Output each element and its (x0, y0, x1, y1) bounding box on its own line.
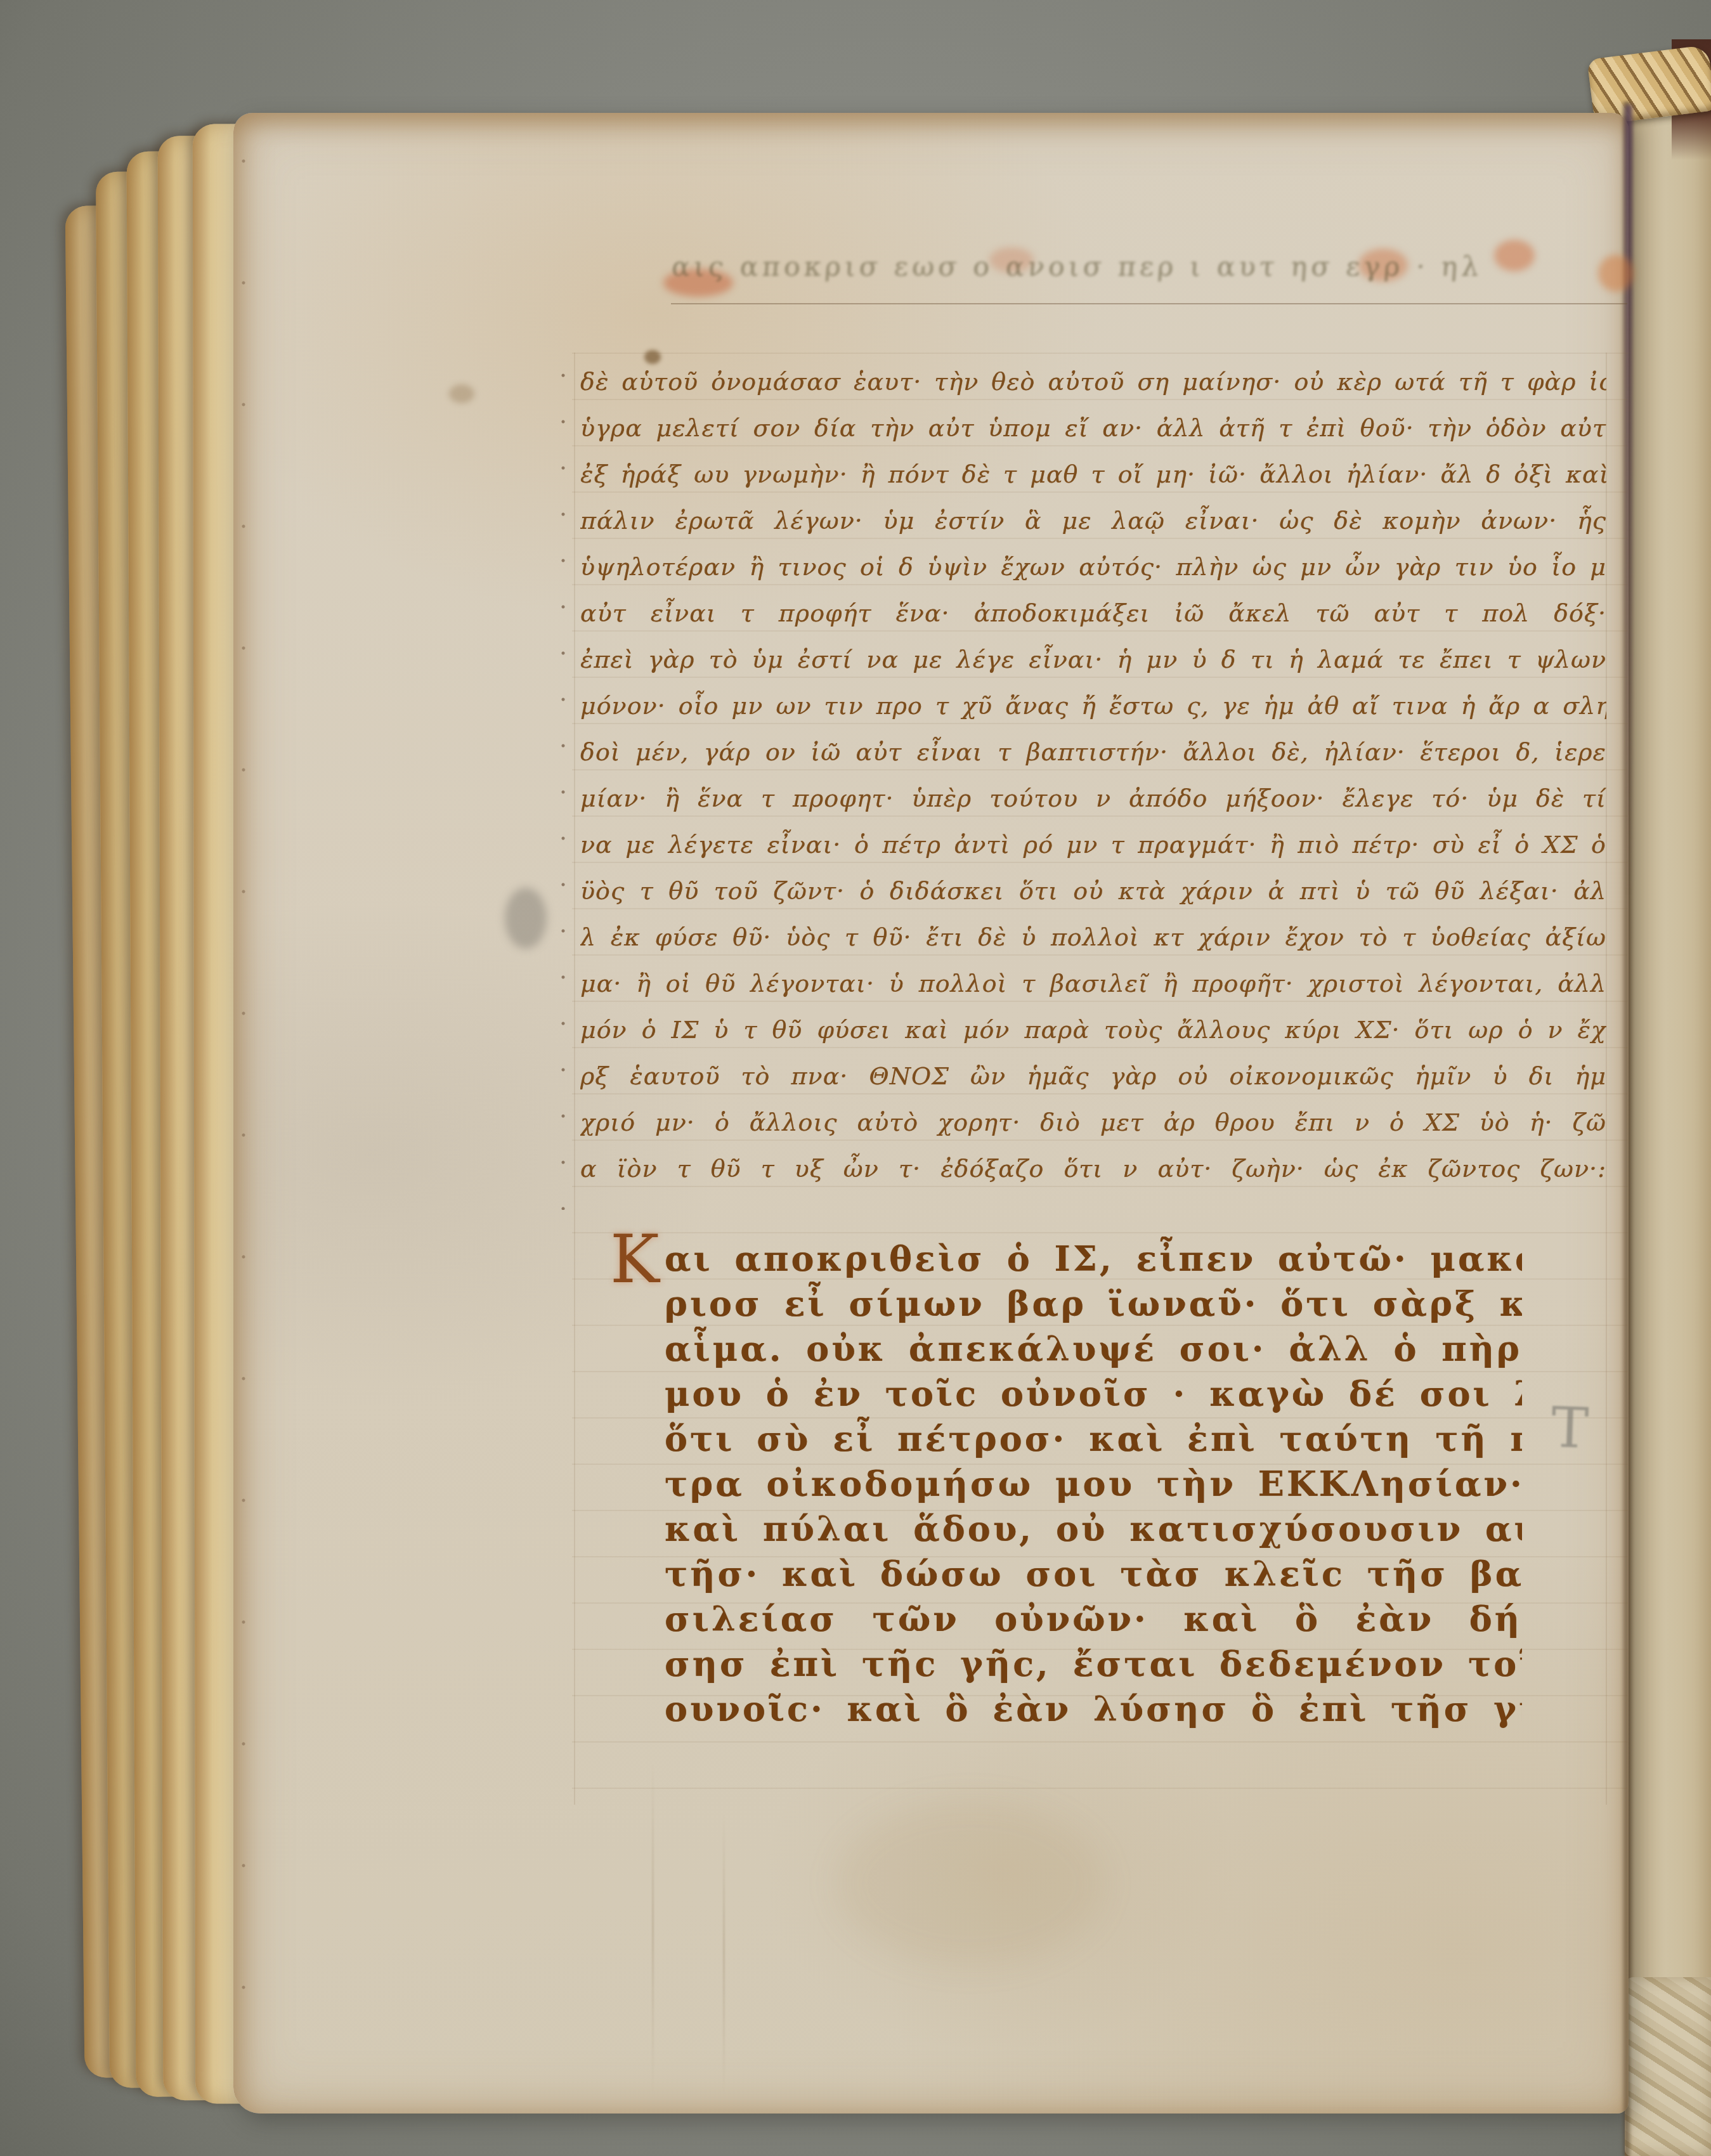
water-stain (837, 1801, 1103, 1966)
brown-stain (449, 384, 474, 403)
commentary-line: λ ἐκ φύσε θῦ· ὑὸς τ θῦ· ἔτι δὲ ὑ πολλοὶ … (580, 914, 1606, 961)
ruling-vertical (574, 353, 575, 1805)
commentary-line: χριό μν· ὁ ἄλλοις αὐτὸ χορητ· διὸ μετ ἀρ… (580, 1100, 1606, 1146)
gospel-line: μου ὁ ἐν τοῖϲ οὐνοῖσ · καγὼ δέ σοι λέγω· (665, 1372, 1522, 1417)
commentary-line: ἐπεὶ γὰρ τὸ ὑμ ἐστί να με λέγε εἶναι· ἡ … (580, 637, 1606, 683)
commentary-line: ϋὸς τ θῦ τοῦ ζῶντ· ὁ διδάσκει ὅτι οὐ κτὰ… (580, 868, 1606, 914)
gospel-line: αι αποκριθεὶσ ὁ ΙΣ, εἶπεν αὐτῶ· μακά (665, 1237, 1522, 1282)
gospel-line: ὅτι σὺ εἶ πέτροσ· καὶ ἐπὶ ταύτη τῆ πέ (665, 1417, 1522, 1462)
commentary-line: ὑγρα μελετί σον δία τὴν αὐτ ὑπομ εἴ αν· … (580, 405, 1606, 451)
gospel-line: σησ ἐπὶ τῆϲ γῆϲ, ἔσται δεδεμένον τοῖσ (665, 1642, 1522, 1687)
gospel-line: τρα οἰκοδομήσω μου τὴν ΕΚΚΛησίαν· (665, 1462, 1522, 1507)
commentary-text-block: δὲ αὑτοῦ ὀνομάσασ ἑαυτ· τὴν θεὸ αὐτοῦ ση… (580, 359, 1606, 1192)
commentary-line: μόνον· οἷο μν ων τιν προ τ χῦ ἄνας ἤ ἔστ… (580, 683, 1606, 729)
commentary-line: ἐξ ἡράξ ωυ γνωμὴν· ἢ πόντ δὲ τ μαθ τ οἴ … (580, 451, 1606, 498)
gospel-line: ουνοῖϲ· καὶ ὃ ἐὰν λύσησ ὃ ἐπὶ τῆσ γῆσ. (665, 1687, 1522, 1732)
purple-stain-crease (1625, 105, 1632, 897)
commentary-line: να με λέγετε εἶναι· ὁ πέτρ ἀντὶ ρό μν τ … (580, 822, 1606, 868)
parchment-crease (652, 1763, 654, 2093)
facing-leaf-strip (1625, 96, 1711, 2156)
rubric-underline (671, 303, 1627, 304)
commentary-line: ὑψηλοτέραν ἢ τινος οἱ δ ὑψὶν ἔχων αὐτός·… (580, 544, 1606, 590)
gospel-text-block: αι αποκριθεὶσ ὁ ΙΣ, εἶπεν αὐτῶ· μακά ριο… (665, 1237, 1522, 1732)
marginal-initial-kappa: Κ (610, 1228, 660, 1291)
gospel-line: καὶ πύλαι ἅδου, οὐ κατισχύσουσιν αὐ (665, 1507, 1522, 1552)
prick-marks (561, 373, 566, 1210)
gospel-line: αἷμα. οὐκ ἀπεκάλυψέ σοι· ἀλλ ὁ πὴρ (665, 1327, 1522, 1372)
manuscript-photo: αις αποκρισ εωσ ο ανοισ περ ι αυτ ησ εγρ… (0, 0, 1711, 2156)
gospel-line: τῆσ· καὶ δώσω σοι τὰσ κλεῖϲ τῆσ βα (665, 1552, 1522, 1597)
gray-blotch (505, 888, 547, 949)
endband-cloth (1625, 1977, 1711, 2156)
gospel-line: σιλείασ τῶν οὐνῶν· καὶ ὃ ἐὰν δή (665, 1597, 1522, 1642)
commentary-line: μα· ἢ οἱ θῦ λέγονται· ὑ πολλοὶ τ βασιλεῖ… (580, 961, 1606, 1007)
commentary-line: αὐτ εἶναι τ προφήτ ἕνα· ἀποδοκιμάξει ἰῶ … (580, 590, 1606, 637)
fore-edge-margin-mark: T (1550, 1394, 1589, 1461)
gospel-line: ριοσ εἶ σίμων βαρ ϊωναῦ· ὅτι σὰρξ καὶ (665, 1282, 1522, 1327)
commentary-line: πάλιν ἐρωτᾶ λέγων· ὑμ ἐστίν ἃ με λαῷ εἶν… (580, 498, 1606, 544)
commentary-line: μόν ὁ ΙΣ ὑ τ θῦ φύσει καὶ μόν παρὰ τοὺς … (580, 1007, 1606, 1053)
commentary-line: α ϊὸν τ θῦ τ υξ ὦν τ· ἐδόξαζο ὅτι ν αὐτ·… (580, 1146, 1606, 1192)
commentary-line: ρξ ἑαυτοῦ τὸ πνα· ΘΝΟΣ ὢν ἡμᾶς γὰρ οὐ οἰ… (580, 1053, 1606, 1100)
commentary-line: δὲ αὑτοῦ ὀνομάσασ ἑαυτ· τὴν θεὸ αὐτοῦ ση… (580, 359, 1606, 405)
commentary-line: δοὶ μέν, γάρ ον ἰῶ αὐτ εἶναι τ βαπτιστήν… (580, 729, 1606, 776)
faded-rubric-title: αις αποκρισ εωσ ο ανοισ περ ι αυτ ησ εγρ… (669, 251, 1614, 304)
prick-marks (241, 159, 246, 2074)
parchment-crease (723, 1814, 725, 2093)
commentary-line: μίαν· ἢ ἕνα τ προφητ· ὑπὲρ τούτου ν ἀπόδ… (580, 776, 1606, 822)
